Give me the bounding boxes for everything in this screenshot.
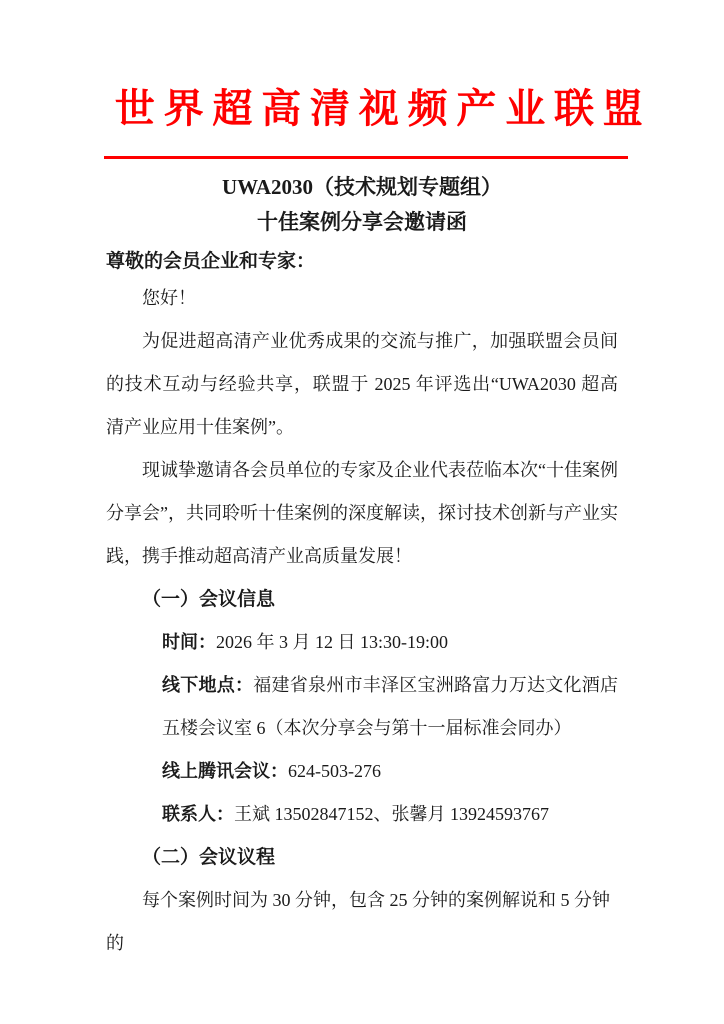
subject-line-event: 十佳案例分享会邀请函	[106, 207, 618, 237]
letter-body: 您好！ 为促进超高清产业优秀成果的交流与推广，加强联盟会员间的技术互动与经验共享…	[106, 277, 618, 965]
section-1-heading: （一）会议信息	[142, 578, 618, 621]
agenda-paragraph: 每个案例时间为 30 分钟，包含 25 分钟的案例解说和 5 分钟的	[106, 879, 618, 965]
online-meeting-value: 624-503-276	[288, 761, 381, 781]
contact-item: 联系人：王斌 13502847152、张馨月 13924593767	[162, 793, 618, 836]
meeting-location-item: 线下地点：福建省泉州市丰泽区宝洲路富力万达文化酒店五楼会议室 6（本次分享会与第…	[162, 664, 618, 750]
online-meeting-item: 线上腾讯会议：624-503-276	[162, 750, 618, 793]
meeting-time-value: 2026 年 3 月 12 日 13:30-19:00	[216, 632, 448, 652]
contact-value: 王斌 13502847152、张馨月 13924593767	[234, 804, 549, 824]
title-rule-divider	[104, 156, 628, 159]
greeting: 您好！	[106, 277, 618, 320]
online-meeting-label: 线上腾讯会议：	[162, 761, 288, 781]
org-title: 世界超高清视频产业联盟	[106, 84, 618, 134]
meeting-time-label: 时间：	[162, 632, 216, 652]
contact-label: 联系人：	[162, 804, 234, 824]
meeting-location-label: 线下地点：	[162, 675, 253, 695]
paragraph-invitation: 现诚挚邀请各会员单位的专家及企业代表莅临本次“十佳案例分享会”，共同聆听十佳案例…	[106, 449, 618, 578]
subject-line-group: UWA2030（技术规划专题组）	[106, 172, 618, 202]
section-2-heading: （二）会议议程	[142, 836, 618, 879]
salutation: 尊敬的会员企业和专家：	[106, 247, 618, 277]
paragraph-promotion: 为促进超高清产业优秀成果的交流与推广，加强联盟会员间的技术互动与经验共享，联盟于…	[106, 320, 618, 449]
meeting-time-item: 时间：2026 年 3 月 12 日 13:30-19:00	[162, 621, 618, 664]
document-page: 世界超高清视频产业联盟 UWA2030（技术规划专题组） 十佳案例分享会邀请函 …	[0, 0, 724, 1024]
